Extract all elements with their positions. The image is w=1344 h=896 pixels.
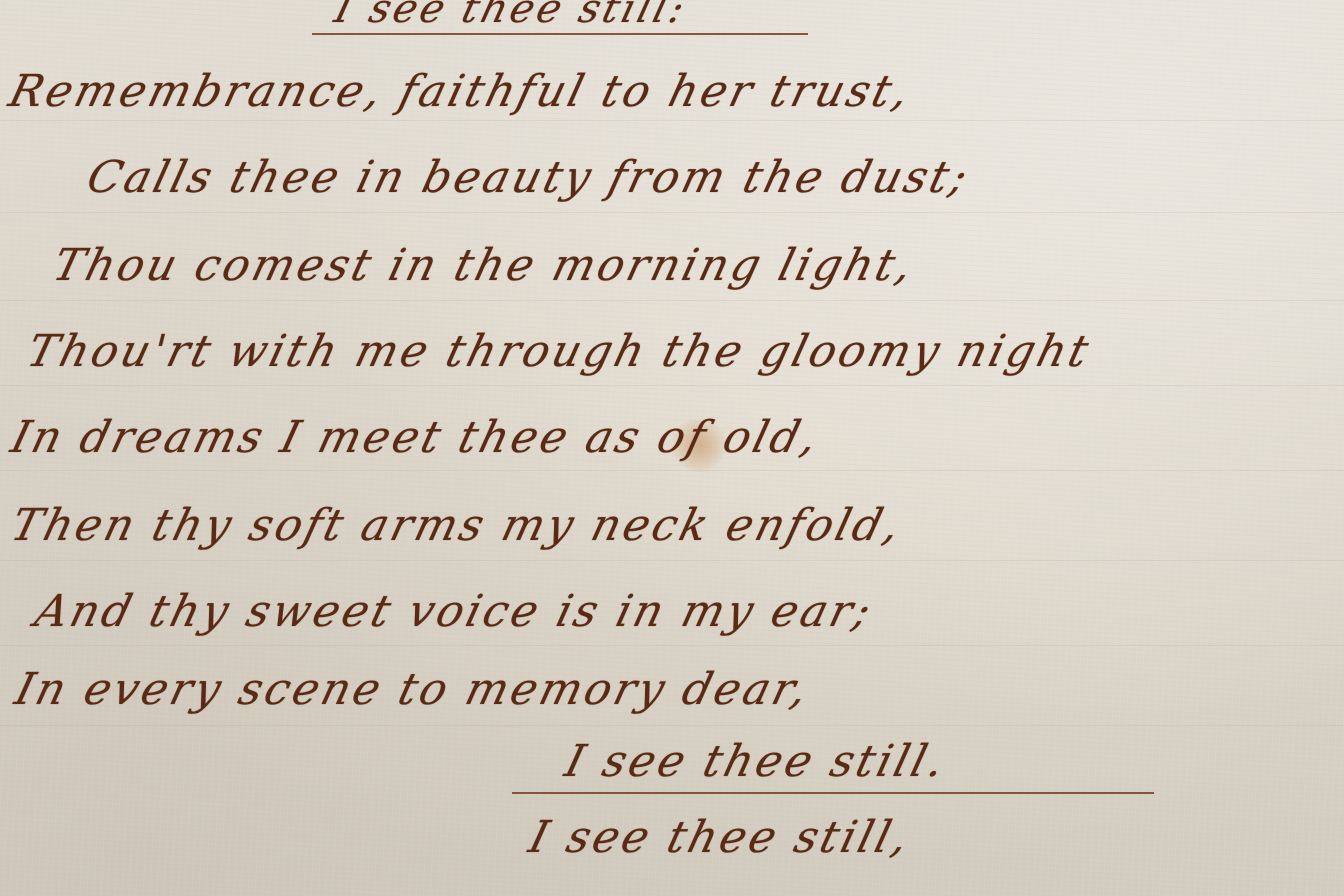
stanza-line-8: In every scene to memory dear, bbox=[10, 664, 815, 715]
stanza-line-5: In dreams I meet thee as of old, bbox=[6, 412, 825, 463]
heading-underline bbox=[312, 33, 808, 35]
faint-rule bbox=[0, 212, 1344, 213]
stanza-line-6: Then thy soft arms my neck enfold, bbox=[6, 500, 908, 551]
stanza-line-1: Remembrance, faithful to her trust, bbox=[4, 66, 917, 117]
faint-rule bbox=[0, 385, 1344, 386]
stanza-line-3: Thou comest in the morning light, bbox=[48, 240, 920, 291]
stanza-line-7: And thy sweet voice is in my ear; bbox=[30, 586, 879, 637]
heading-top: I see thee still: bbox=[330, 0, 692, 32]
faint-rule bbox=[0, 300, 1344, 301]
faint-rule bbox=[0, 725, 1344, 726]
faint-rule bbox=[0, 645, 1344, 646]
stanza-line-4: Thou'rt with me through the gloomy night bbox=[22, 326, 1096, 377]
next-line: I see thee still, bbox=[524, 812, 916, 863]
faint-rule bbox=[0, 120, 1344, 121]
stanza-line-2: Calls thee in beauty from the dust; bbox=[82, 152, 975, 203]
faint-rule bbox=[0, 470, 1344, 471]
refrain-line: I see thee still. bbox=[560, 736, 952, 787]
refrain-underline bbox=[512, 792, 1154, 794]
faint-rule bbox=[0, 560, 1344, 561]
